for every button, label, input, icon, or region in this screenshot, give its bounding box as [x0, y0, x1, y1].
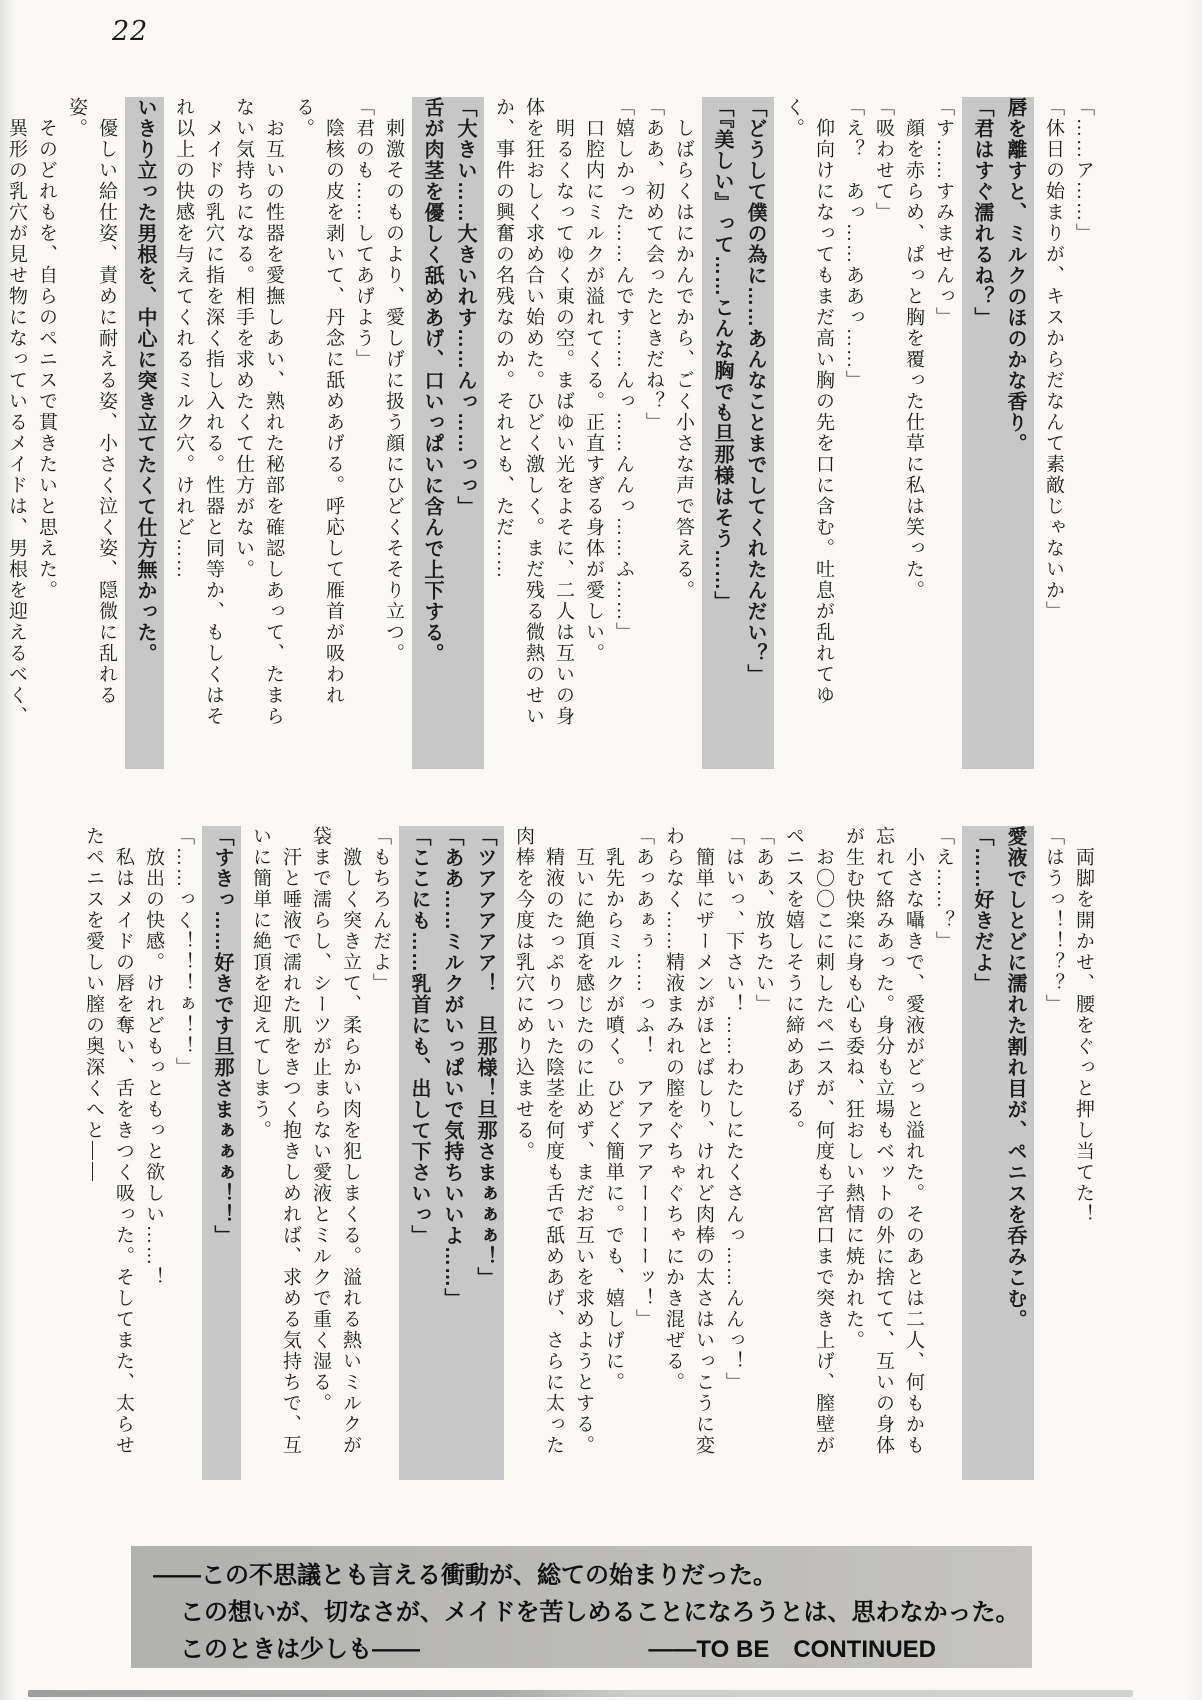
dialogue-paragraph: 「ああ、放ちたい」 [748, 826, 778, 1466]
narration-paragraph: そのどれもを、自らのペニスで貫きたいと思えた。 [31, 97, 61, 737]
highlight-line: 「ここにも……乳首にも、出して下さいっ」 [402, 826, 435, 1466]
narration-paragraph: 優しい給仕姿、責めに耐える姿、小さく泣く姿、隠微に乱れる姿。 [61, 97, 121, 737]
dialogue-paragraph: 「え？ あっ……ああっ……」 [838, 97, 868, 737]
narration-paragraph: 簡単にザーメンがほとばしり、けれど肉棒の太さはいっこうに変わらなく……精液まみれ… [658, 826, 718, 1466]
footer-line-2: この想いが、切なさが、メイドを苦しめることになろうとは、思わなかった。 [131, 1594, 1032, 1631]
dialogue-paragraph: 「す……すみませんっ」 [928, 97, 958, 737]
narration-paragraph: 汗と唾液で濡れた肌をきつく抱きしめれば、求める気持ちで、互いに簡単に絶頂を迎えて… [245, 826, 305, 1466]
highlighted-quote-block: 愛液でしとどに濡れた割れ目が、ペニスを呑みこむ。「……好きだよ」 [962, 826, 1034, 1466]
text-block-bottom: 両脚を開かせ、腰をぐっと押し当てた！「はうっ！！？？」愛液でしとどに濡れた割れ目… [78, 826, 1098, 1466]
dialogue-paragraph: 「君のも……してあげよう」 [348, 97, 378, 737]
dialogue-paragraph: 「……ア……」 [1068, 97, 1098, 737]
footer-line-3-left: このときは少しも―― [180, 1631, 420, 1668]
narration-paragraph: メイドの乳穴に指を深く指し入れる。性器と同等か、もしくはそれ以上の快感を与えてく… [168, 97, 228, 737]
narration-paragraph: 異形の乳穴が見せ物になっているメイドは、男根を迎えるべく、巨乳を両手で抱えあげた… [0, 97, 31, 737]
footer-banner: ――この不思議とも言える衝動が、総ての始まりだった。 この想いが、切なさが、メイ… [131, 1546, 1032, 1668]
highlighted-quote-block: 「すきっ……好きです旦那さまぁぁぁ！！」 [202, 826, 241, 1466]
dialogue-paragraph: 「休日の始まりが、キスからだなんて素敵じゃないか」 [1038, 97, 1068, 737]
highlight-line: 舌が肉茎を優しく舐めあげ、口いっぱいに含んで上下する。 [415, 97, 448, 737]
narration-paragraph: お互いの性器を愛撫しあい、熟れた秘部を確認しあって、たまらない気持ちになる。相手… [228, 97, 288, 737]
highlight-line: 「ツアアアアア！ 旦那様！旦那さまぁぁぁ！」 [468, 826, 501, 1466]
dialogue-paragraph: 「ああ、初めて会ったときだね？」 [638, 97, 668, 737]
dialogue-paragraph: 「はいっ、下さい！……わたしにたくさんっ……んんっ！」 [718, 826, 748, 1466]
dialogue-paragraph: 「え……？」 [928, 826, 958, 1466]
narration-paragraph: 放出の快感。けれどもっともっと欲しい……！ [138, 826, 168, 1466]
dialogue-paragraph: 「はうっ！！？？」 [1038, 826, 1068, 1466]
highlight-line: 「すきっ……好きです旦那さまぁぁぁ！！」 [205, 826, 238, 1466]
dialogue-paragraph: 「……っく！！！ぁ！！」 [168, 826, 198, 1466]
highlighted-quote-block: 「ツアアアアア！ 旦那様！旦那さまぁぁぁ！」「ああ……ミルクがいっぱいで気持ちい… [399, 826, 504, 1466]
narration-paragraph: お〇〇こに刺したペニスが、何度も子宮口まで突き上げ、膣壁がペニスを嬉しそうに締め… [778, 826, 838, 1466]
narration-paragraph: しばらくはにかんでから、ごく小さな声で答える。 [668, 97, 698, 737]
highlighted-quote-block: 「大きい……大きいれす……んっ……っっ」舌が肉茎を優しく舐めあげ、口いっぱいに含… [412, 97, 484, 737]
footer-line-1: ――この不思議とも言える衝動が、総ての始まりだった。 [131, 1557, 1032, 1594]
highlight-line: 唇を離すと、ミルクのほのかな香り。 [998, 97, 1031, 737]
scanned-doujinshi-page: 22 「……ア……」「休日の始まりが、キスからだなんて素敵じゃないか」唇を離すと… [0, 0, 1202, 1700]
narration-paragraph: 小さな囁きで、愛液がどっと溢れた。そのあとは二人、何もかも忘れて絡みあった。身分… [838, 826, 928, 1466]
footer-line-3: このときは少しも―― ――TO BE CONTINUED [131, 1631, 1032, 1668]
narration-paragraph: 精液のたっぷりついた陰茎を何度も舌で舐めあげ、さらに太った肉棒を今度は乳穴にめり… [508, 826, 568, 1466]
scan-edge-artifact [28, 1690, 1133, 1697]
narration-paragraph: 互いに絶頂を感じたのに止めず、まだお互いを求めようとする。 [568, 826, 598, 1466]
narration-paragraph: 口腔内にミルクが溢れてくる。正直すぎる身体が愛しい。 [578, 97, 608, 737]
narration-paragraph: 仰向けになってもまだ高い胸の先を口に含む。吐息が乱れてゆく。 [778, 97, 838, 737]
narration-paragraph: 乳先からミルクが噴く。ひどく簡単に。でも、嬉しげに。 [598, 826, 628, 1466]
highlighted-quote-block: 唇を離すと、ミルクのほのかな香り。「君はすぐ濡れるね？」 [962, 97, 1034, 737]
dialogue-paragraph: 「もちろんだよ」 [365, 826, 395, 1466]
narration-paragraph: 両脚を開かせ、腰をぐっと押し当てた！ [1068, 826, 1098, 1466]
highlight-line: 愛液でしとどに濡れた割れ目が、ペニスを呑みこむ。 [998, 826, 1031, 1466]
highlighted-quote-block: いきり立った男根を、中心に突き立てたくて仕方無かった。 [125, 97, 164, 737]
to-be-continued-label: ――TO BE CONTINUED [648, 1631, 936, 1668]
highlight-line: 「……好きだよ」 [965, 826, 998, 1466]
narration-paragraph: 顔を赤らめ、ぱっと胸を覆った仕草に私は笑った。 [898, 97, 928, 737]
highlighted-quote-block: 「どうして僕の為に……あんなことまでしてくれたんだい？」「『美しい』って……こん… [702, 97, 774, 737]
narration-paragraph: 激しく突き立て、柔らかい肉を犯しまくる。溢れる熱いミルクが袋まで濡らし、シーツが… [305, 826, 365, 1466]
narration-paragraph: 明るくなってゆく東の空。まばゆい光をよそに、二人は互いの身体を狂おしく求め合い始… [488, 97, 578, 737]
dialogue-paragraph: 「吸わせて」 [868, 97, 898, 737]
highlight-line: 「大きい……大きいれす……んっ……っっ」 [448, 97, 481, 737]
page-number: 22 [112, 16, 148, 47]
dialogue-paragraph: 「あっあぁぅ……っふ！ アアアアアーーーーッ！」 [628, 826, 658, 1466]
highlight-line: いきり立った男根を、中心に突き立てたくて仕方無かった。 [128, 97, 161, 737]
narration-paragraph: 私はメイドの唇を奪い、舌をきつく吸った。そしてまた、太らせたペニスを愛しい膣の奥… [78, 826, 138, 1466]
text-block-top: 「……ア……」「休日の始まりが、キスからだなんて素敵じゃないか」唇を離すと、ミル… [0, 97, 1098, 737]
narration-paragraph: 刺激そのものより、愛しげに扱う顔にひどくそそり立つ。 [378, 97, 408, 737]
dialogue-paragraph: 「嬉しかった……んです……んっ……んんっ……ふ……」 [608, 97, 638, 737]
highlight-line: 「『美しい』って……こんな胸でも旦那様はそう……」 [705, 97, 738, 737]
highlight-line: 「どうして僕の為に……あんなことまでしてくれたんだい？」 [738, 97, 771, 737]
narration-paragraph: 陰核の皮を剥いて、丹念に舐めあげる。呼応して雁首が吸われる。 [288, 97, 348, 737]
highlight-line: 「ああ……ミルクがいっぱいで気持ちいいよ……」 [435, 826, 468, 1466]
highlight-line: 「君はすぐ濡れるね？」 [965, 97, 998, 737]
